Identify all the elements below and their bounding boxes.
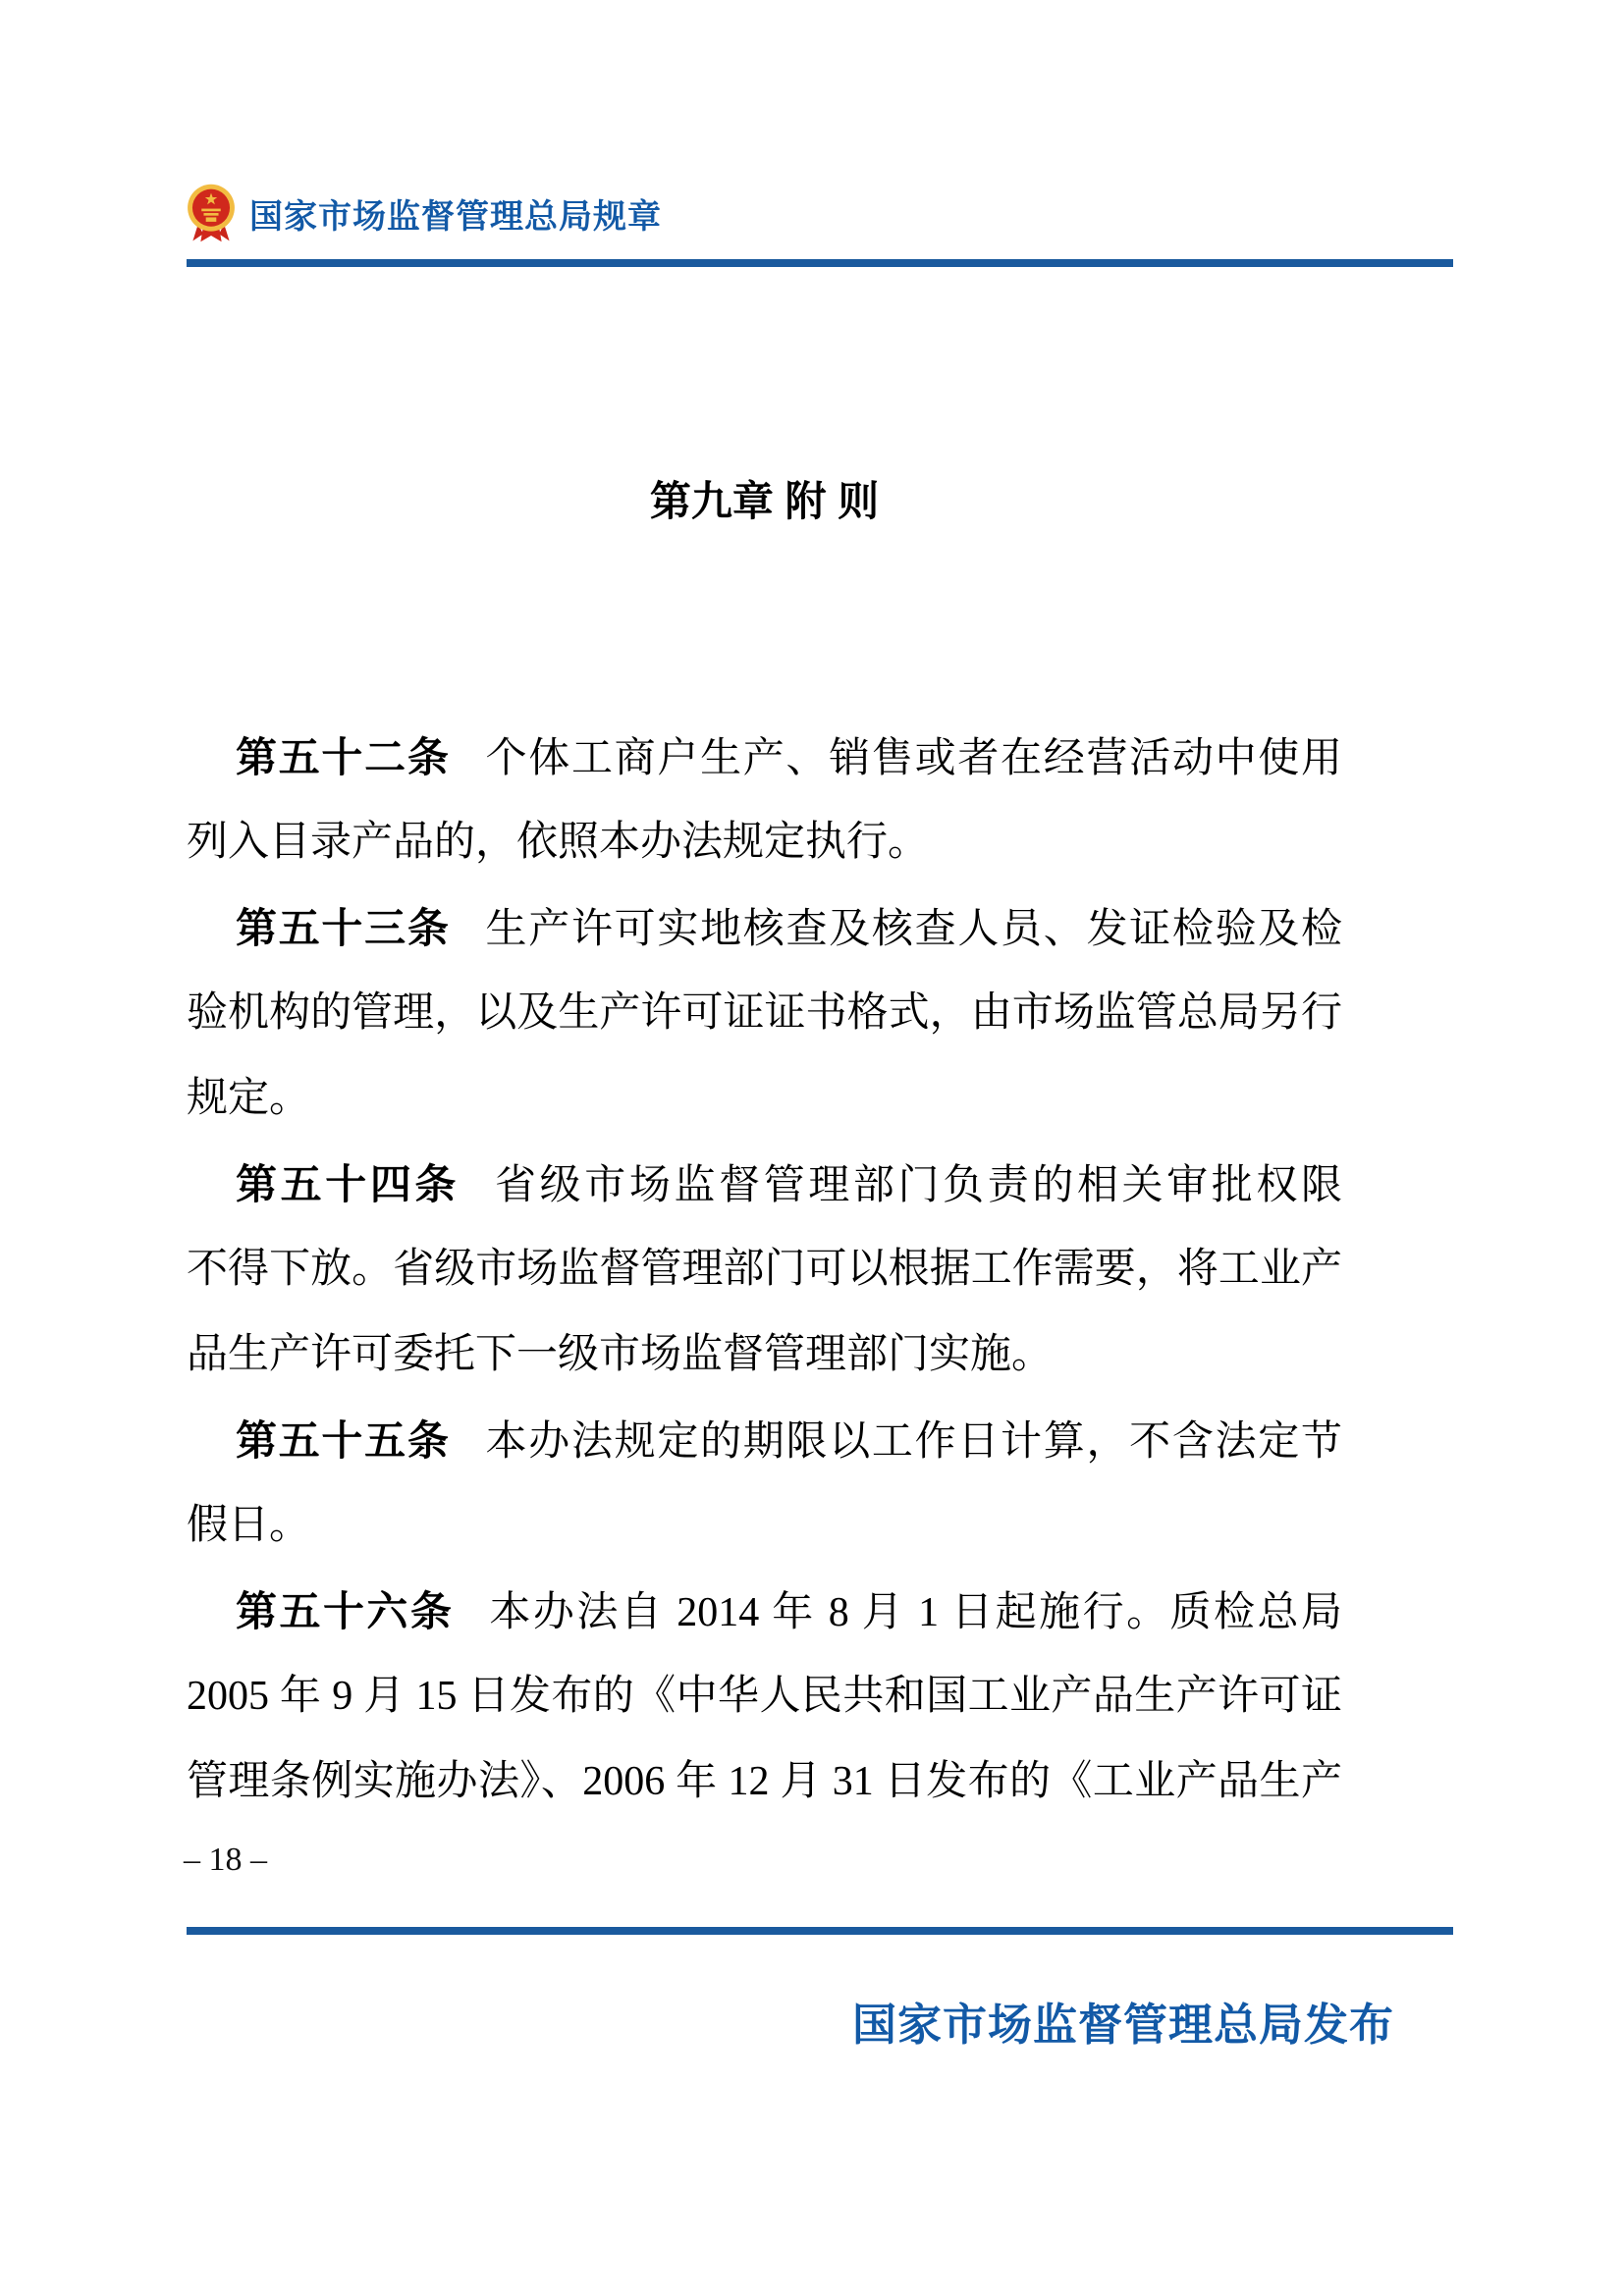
china-national-emblem-icon — [185, 183, 238, 243]
footer-publisher: 国家市场监督管理总局发布 — [187, 1989, 1394, 2053]
header-rule — [187, 259, 1453, 267]
article-line: 规定。 — [187, 1056, 1342, 1142]
article-line: 品生产许可委托下一级市场监督管理部门实施。 — [187, 1312, 1342, 1398]
article-text: 规定。 — [187, 1076, 310, 1121]
document-page: 国家市场监督管理总局规章 第九章 附 则 第五十二条个体工商户生产、销售或者在经… — [0, 0, 1624, 2296]
article-line: 第五十三条生产许可实地核查及核查人员、发证检验及检 — [187, 885, 1342, 971]
chapter-title: 第九章 附 则 — [187, 458, 1342, 544]
article-text: 本办法规定的期限以工作日计算，不含法定节 — [486, 1419, 1342, 1465]
article-paragraph: 第五十二条个体工商户生产、销售或者在经营活动中使用 列入目录产品的，依照本办法规… — [187, 715, 1342, 885]
page-number: – 18 – — [184, 1840, 267, 1881]
article-paragraph: 第五十五条本办法规定的期限以工作日计算，不含法定节 假日。 — [187, 1398, 1342, 1569]
article-line: 假日。 — [187, 1483, 1342, 1569]
article-text: 假日。 — [187, 1503, 310, 1548]
article-line: 第五十五条本办法规定的期限以工作日计算，不含法定节 — [187, 1398, 1342, 1483]
article-number: 第五十六条 — [236, 1588, 454, 1634]
article-text: 省级市场监督管理部门负责的相关审批权限 — [495, 1163, 1342, 1208]
article-number: 第五十五条 — [236, 1417, 451, 1464]
article-line: 管理条例实施办法》、2006 年 12 月 31 日发布的《工业产品生产 — [187, 1739, 1342, 1825]
article-text: 2005 年 9 月 15 日发布的《中华人民共和国工业产品生产许可证 — [187, 1674, 1342, 1719]
article-line: 不得下放。省级市场监督管理部门可以根据工作需要，将工业产 — [187, 1227, 1342, 1312]
page-header: 国家市场监督管理总局规章 — [185, 181, 662, 245]
article-text: 本办法自 2014 年 8 月 1 日起施行。质检总局 — [489, 1590, 1342, 1635]
article-text: 品生产许可委托下一级市场监督管理部门实施。 — [187, 1332, 1053, 1377]
footer-rule — [187, 1927, 1453, 1935]
article-text: 生产许可实地核查及核查人员、发证检验及检 — [486, 907, 1342, 952]
article-text: 验机构的管理，以及生产许可证证书格式，由市场监管总局另行 — [187, 990, 1342, 1036]
document-body: 第五十二条个体工商户生产、销售或者在经营活动中使用 列入目录产品的，依照本办法规… — [187, 715, 1342, 1825]
article-line: 验机构的管理，以及生产许可证证书格式，由市场监管总局另行 — [187, 971, 1342, 1056]
article-text: 列入目录产品的，依照本办法规定执行。 — [187, 820, 929, 865]
article-text: 不得下放。省级市场监督管理部门可以根据工作需要，将工业产 — [187, 1247, 1342, 1292]
article-line: 列入目录产品的，依照本办法规定执行。 — [187, 800, 1342, 885]
article-paragraph: 第五十六条本办法自 2014 年 8 月 1 日起施行。质检总局 2005 年 … — [187, 1569, 1342, 1825]
article-text: 管理条例实施办法》、2006 年 12 月 31 日发布的《工业产品生产 — [187, 1759, 1342, 1804]
article-paragraph: 第五十四条省级市场监督管理部门负责的相关审批权限 不得下放。省级市场监督管理部门… — [187, 1142, 1342, 1398]
article-line: 第五十二条个体工商户生产、销售或者在经营活动中使用 — [187, 715, 1342, 800]
article-number: 第五十三条 — [236, 905, 451, 951]
article-number: 第五十四条 — [236, 1161, 460, 1207]
header-title: 国家市场监督管理总局规章 — [249, 189, 662, 238]
article-number: 第五十二条 — [236, 734, 451, 780]
article-line: 第五十四条省级市场监督管理部门负责的相关审批权限 — [187, 1142, 1342, 1227]
article-line: 2005 年 9 月 15 日发布的《中华人民共和国工业产品生产许可证 — [187, 1654, 1342, 1739]
article-paragraph: 第五十三条生产许可实地核查及核查人员、发证检验及检 验机构的管理，以及生产许可证… — [187, 885, 1342, 1142]
article-line: 第五十六条本办法自 2014 年 8 月 1 日起施行。质检总局 — [187, 1569, 1342, 1654]
article-text: 个体工商户生产、销售或者在经营活动中使用 — [486, 736, 1342, 781]
